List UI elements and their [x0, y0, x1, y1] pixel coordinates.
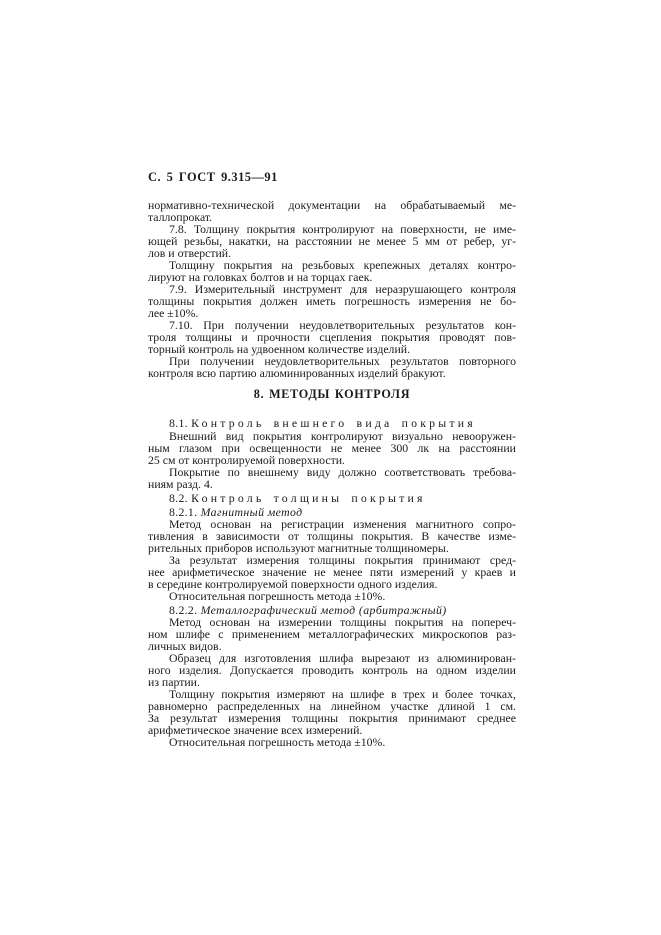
paragraph: Метод основан на измерении толщины покры…	[148, 616, 516, 652]
paragraph: Относительная погрешность метода ±10%.	[148, 590, 516, 602]
running-header: С. 5 ГОСТ 9.315—91	[148, 170, 516, 184]
paragraph: За результат измерения толщины покрытия …	[148, 554, 516, 590]
heading-text: Контроль толщины покрытия	[191, 491, 426, 505]
spaced-heading: 8.1. Контроль внешнего вида покрытия	[148, 417, 516, 429]
text-line: толщины покрытия должен иметь погрешност…	[148, 295, 516, 307]
heading-number: 8.2.	[169, 491, 191, 505]
heading-number: 8.1.	[169, 416, 191, 430]
paragraph: 7.9. Измерительный инструмент для неразр…	[148, 283, 516, 319]
paragraph: Относительная погрешность метода ±10%.	[148, 736, 516, 748]
text-line: Относительная погрешность метода ±10%.	[148, 590, 516, 602]
paragraph: При получении неудовлетворительных резул…	[148, 355, 516, 379]
document-body: нормативно-технической документации на о…	[148, 199, 516, 748]
heading-text: Контроль внешнего вида покрытия	[191, 416, 476, 430]
section-heading: 8. МЕТОДЫ КОНТРОЛЯ	[148, 388, 516, 401]
text-line: контроля всю партию алюминированных изде…	[148, 367, 516, 379]
text-line: ного изделия. Допускается проводить конт…	[148, 664, 516, 676]
text-line: Относительная погрешность метода ±10%.	[148, 736, 516, 748]
spaced-heading: 8.2. Контроль толщины покрытия	[148, 492, 516, 504]
document-page: С. 5 ГОСТ 9.315—91 нормативно-техническо…	[0, 0, 661, 935]
paragraph: нормативно-технической документации на о…	[148, 199, 516, 223]
paragraph: Образец для изготовления шлифа вырезают …	[148, 652, 516, 688]
paragraph: Толщину покрытия измеряют на шлифе в тре…	[148, 688, 516, 736]
text-column: С. 5 ГОСТ 9.315—91 нормативно-техническо…	[148, 170, 516, 748]
text-line: ниям разд. 4.	[148, 478, 516, 490]
paragraph: 7.10. При получении неудовлетворительных…	[148, 319, 516, 355]
paragraph: Покрытие по внешнему виду должно соответ…	[148, 466, 516, 490]
paragraph: Метод основан на регистрации изменения м…	[148, 518, 516, 554]
paragraph: 7.8. Толщину покрытия контролируют на по…	[148, 223, 516, 259]
paragraph: Внешний вид покрытия контролируют визуал…	[148, 430, 516, 466]
paragraph: Толщину покрытия на резьбовых крепежных …	[148, 259, 516, 283]
